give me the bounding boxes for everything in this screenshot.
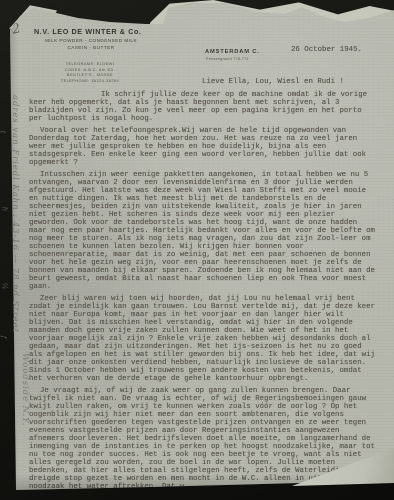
letter-date: 26 October 1945. [291, 46, 362, 54]
letter-paper: N.V. LEO DE WINTER & Co. MILK POWDER - C… [0, 0, 394, 500]
edge-pen-mark-4: f [0, 336, 7, 339]
letter-paragraph-3: Intusschen zijn weer eenige pakketten aa… [29, 171, 376, 291]
handwritten-margin-note: Woodside N.Y. adres van Friedl Kahn : 43… [10, 95, 30, 447]
letterhead-telephone: TELEPHONE: 36224-36284 [38, 79, 142, 85]
letterhead-street: Prinsengracht 778-772 [206, 57, 249, 61]
letter-body: Ik schrijf jullie deze keer op de machin… [29, 91, 376, 495]
letter-paragraph-1: Ik schrijf jullie deze keer op de machin… [29, 91, 376, 123]
scanned-letter-photo: N.V. LEO DE WINTER & Co. MILK POWDER - C… [0, 0, 394, 500]
letterhead-products-line2: CASEIN - BUTTER [32, 45, 150, 52]
letter-salutation: Lieve Ella, Lou, Wiesl en Rudi ! [202, 78, 344, 86]
letterhead-city: AMSTERDAM C. [205, 49, 260, 55]
handwritten-corner-mark: 2 [11, 21, 22, 37]
letterhead-company-name: N.V. LEO DE WINTER & Co. [34, 27, 142, 36]
edge-pen-mark-1: t [0, 131, 6, 134]
edge-pen-mark-2: h [0, 207, 8, 212]
letter-paragraph-4: Zeer blij waren wij toen wij hoorden, da… [29, 295, 376, 383]
letterhead-products-line1: MILK POWDER - CONDENSED MILK [32, 38, 150, 45]
letterhead-products: MILK POWDER - CONDENSED MILK CASEIN - BU… [32, 38, 150, 51]
letterhead-contact-block: TELEGRAMS: ELDEWI CODES: A.B.C. 6th ED. … [38, 62, 142, 84]
edge-pen-mark-3: ¼ [0, 283, 8, 290]
margin-note-line1: adres van Friedl Kahn : 43-16 — 78 nd St… [10, 95, 20, 447]
letter-paragraph-2: Vooral over het telefoongesprek.Wij ware… [29, 127, 376, 167]
margin-note-line2: Woodside N.Y. [20, 353, 30, 447]
